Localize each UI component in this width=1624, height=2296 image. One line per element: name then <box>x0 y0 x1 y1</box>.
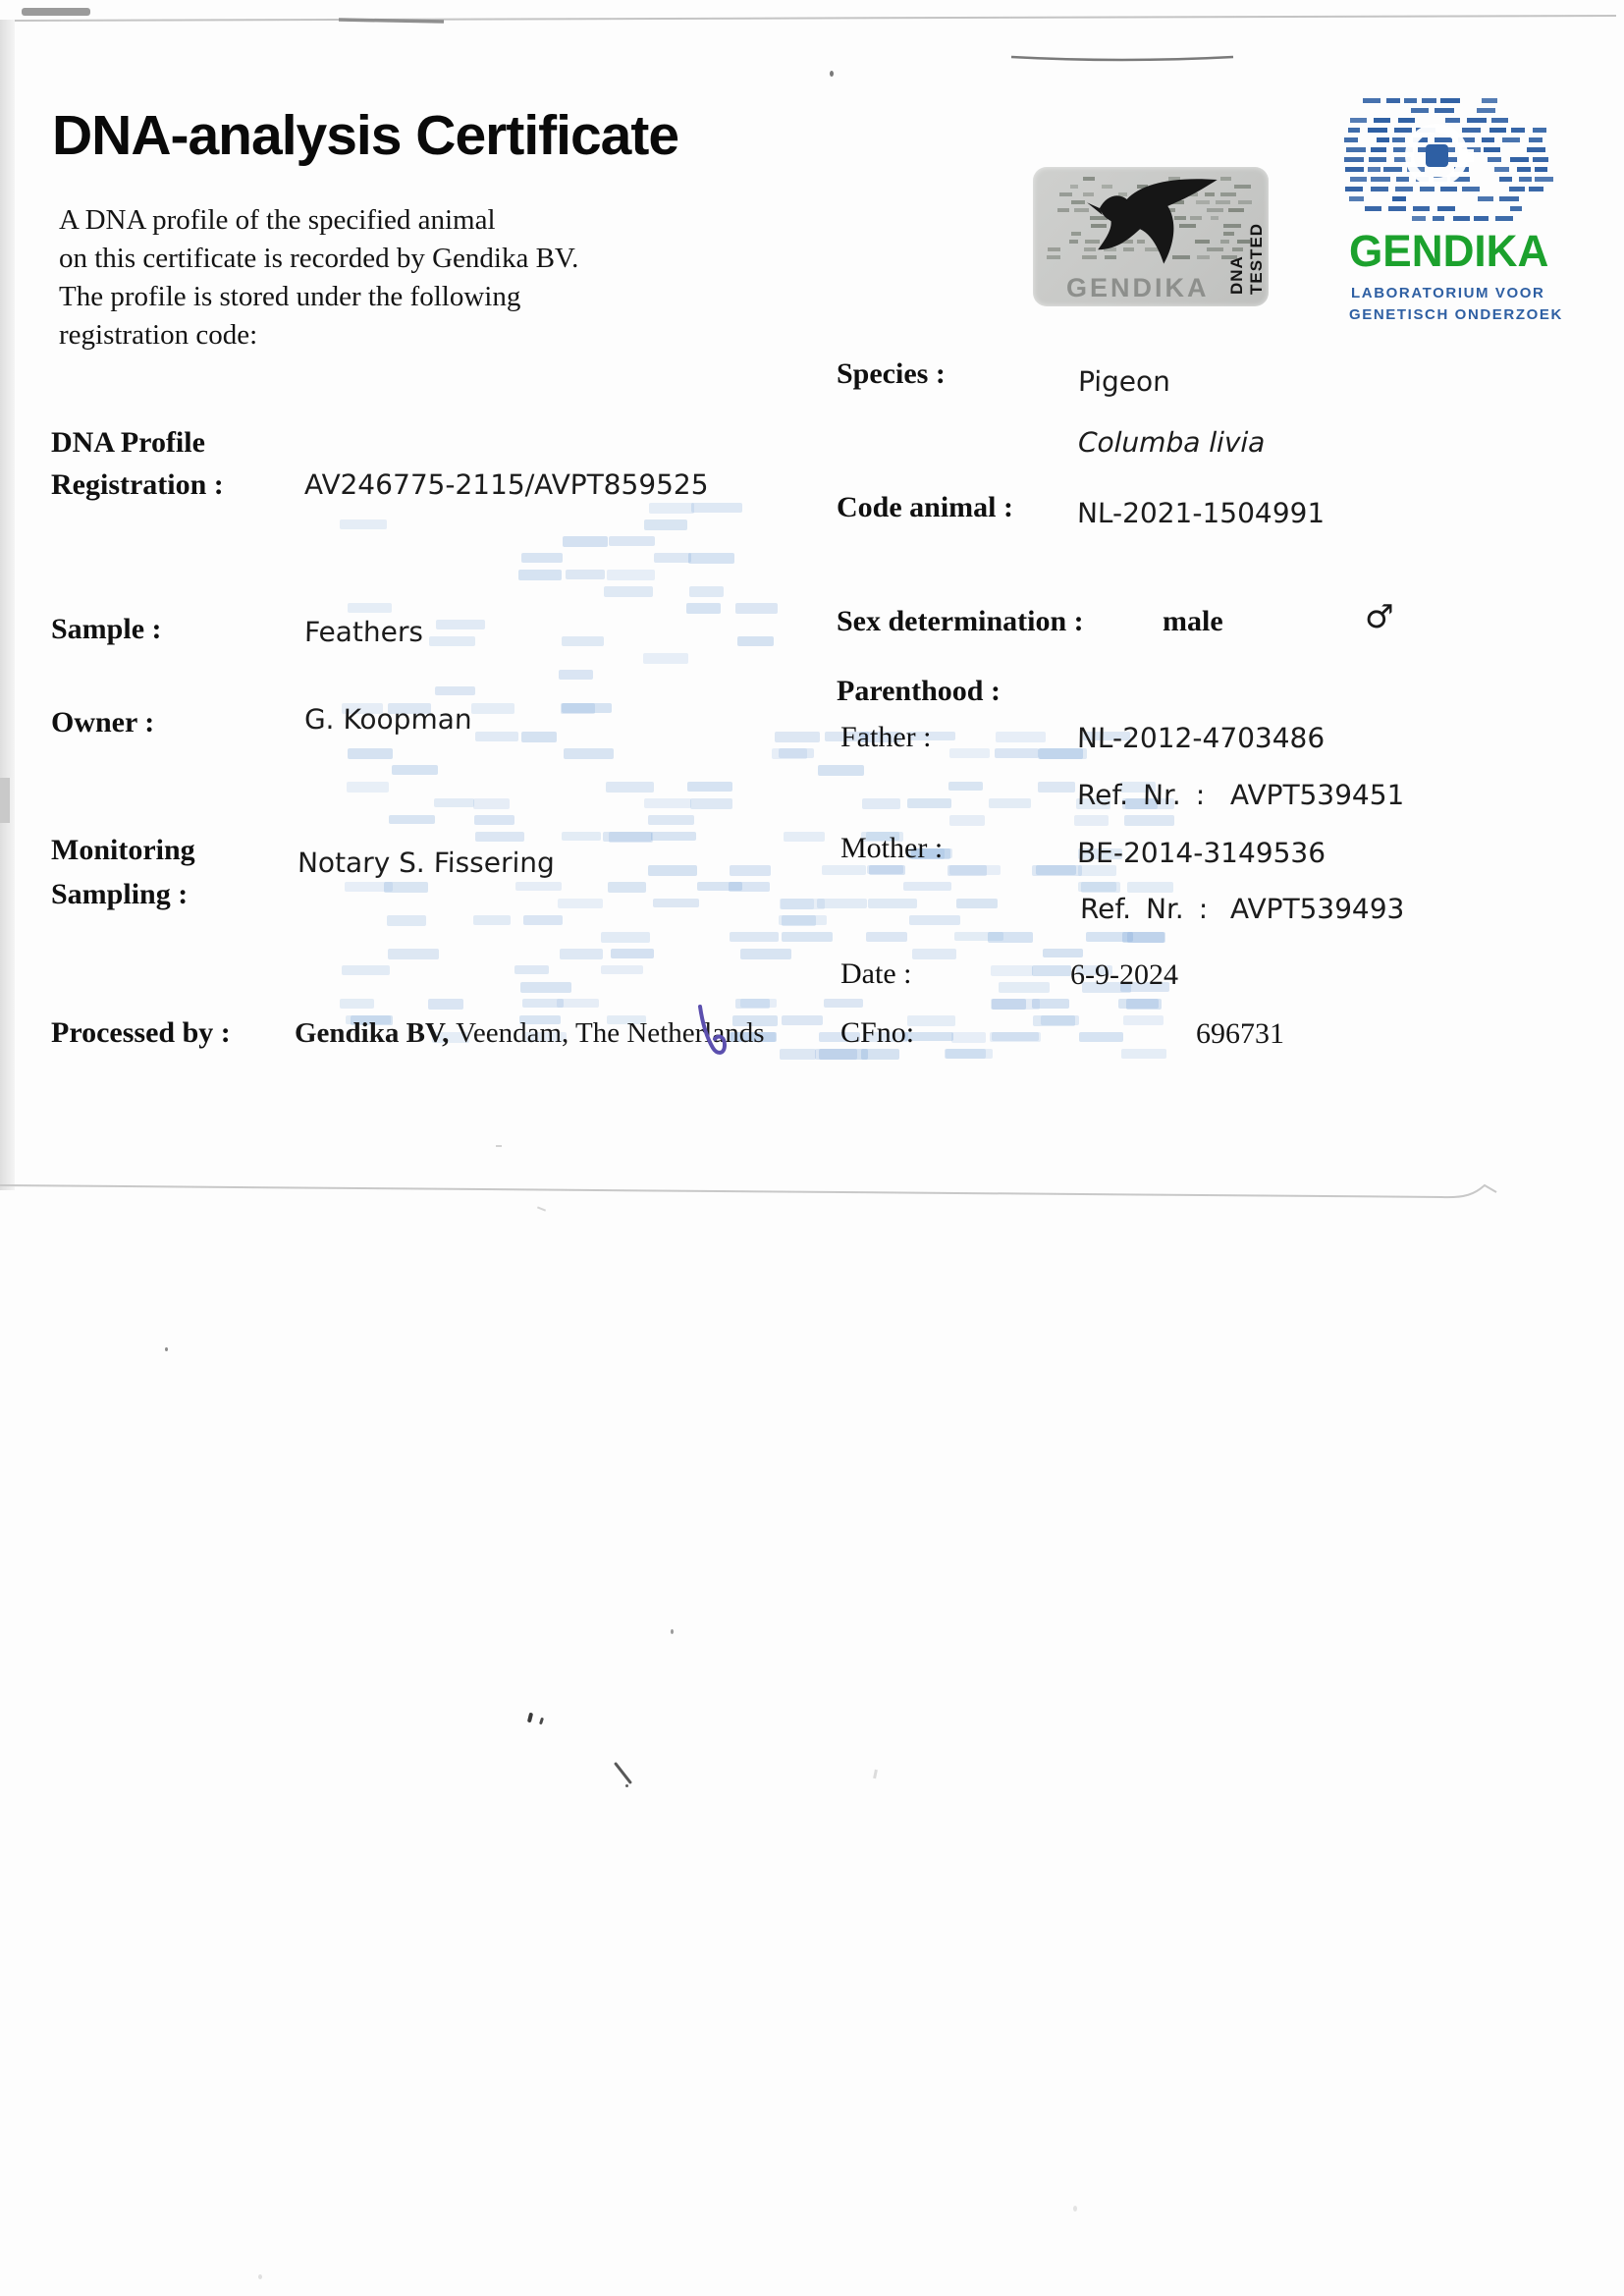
watermark-band <box>861 1049 899 1060</box>
gel-pixel <box>1350 177 1367 182</box>
gel-pixel <box>1462 128 1481 133</box>
watermark-band <box>779 915 827 925</box>
gel-pixel <box>1420 187 1435 191</box>
gel-pixel <box>1453 216 1470 221</box>
watermark-band <box>564 748 614 759</box>
watermark-band <box>784 832 825 842</box>
watermark-band <box>1041 1015 1079 1025</box>
watermark-band <box>1032 965 1071 976</box>
watermark-band <box>1124 815 1174 826</box>
sticker-barcode-dash <box>1048 247 1060 251</box>
watermark-band <box>1086 932 1133 942</box>
watermark-band <box>690 798 732 809</box>
watermark-band <box>772 748 807 759</box>
sex-determination-label: Sex determination : <box>837 605 1084 638</box>
father-ref-value: AVPT539451 <box>1230 779 1405 811</box>
logo-ring-notch <box>1459 149 1474 162</box>
watermark-band <box>1118 999 1159 1009</box>
page-title: DNA-analysis Certificate <box>52 103 678 168</box>
gel-pixel <box>1422 98 1436 103</box>
watermark-band <box>1038 782 1075 793</box>
scan-speck <box>258 2274 262 2279</box>
sticker-dna-tested-text: DNA TESTED <box>1227 181 1267 295</box>
logo-brand-text: GENDIKA <box>1349 226 1538 277</box>
gel-pixel <box>1412 216 1426 221</box>
gel-pixel <box>1365 206 1381 211</box>
species-latin-value: Columba livia <box>1078 426 1266 459</box>
watermark-band <box>815 1049 857 1060</box>
logo-subtitle-line2: GENETISCH ONDERZOEK <box>1349 306 1563 323</box>
gel-pixel <box>1433 216 1444 221</box>
watermark-band <box>340 999 374 1009</box>
gel-pixel <box>1435 108 1454 113</box>
watermark-band <box>1079 1032 1123 1042</box>
pigeon-icon <box>1063 167 1241 290</box>
scan-speck <box>625 1784 628 1787</box>
watermark-band <box>907 798 951 808</box>
watermark-band <box>609 536 655 546</box>
species-value: Pigeon <box>1078 365 1171 398</box>
watermark-band <box>951 1032 986 1043</box>
logo-center-dot <box>1426 144 1448 167</box>
watermark-band <box>1122 932 1164 943</box>
watermark-band <box>862 798 900 809</box>
watermark-band <box>989 798 1031 808</box>
watermark-band <box>1123 1015 1164 1025</box>
gel-pixel <box>1386 98 1400 103</box>
gel-pixel <box>1396 177 1409 182</box>
watermark-band <box>348 603 392 613</box>
code-animal-value: NL-2021-1504991 <box>1077 497 1326 529</box>
gendika-logo <box>1348 98 1537 226</box>
watermark-band <box>557 999 599 1008</box>
gel-pixel <box>1477 108 1495 113</box>
gel-pixel <box>1394 128 1412 133</box>
gel-pixel <box>1346 147 1366 152</box>
watermark-band <box>735 603 778 614</box>
gel-pixel <box>1482 137 1494 142</box>
gel-pixel <box>1535 167 1547 172</box>
watermark-band <box>949 815 985 826</box>
gel-pixel <box>1350 118 1367 123</box>
scan-speck <box>527 1713 533 1723</box>
gel-pixel <box>1491 118 1508 123</box>
watermark-band <box>688 553 734 564</box>
watermark-band <box>991 965 1033 976</box>
gel-pixel <box>1474 216 1489 221</box>
gel-pixel <box>1404 98 1417 103</box>
watermark-band <box>689 586 724 597</box>
scan-left-notch <box>0 778 10 823</box>
watermark-band <box>434 798 474 807</box>
father-label: Father : <box>840 721 931 754</box>
gel-pixel <box>1499 177 1512 182</box>
watermark-band <box>740 999 777 1008</box>
watermark-band <box>782 932 833 942</box>
gel-pixel <box>1488 157 1501 162</box>
gel-pixel <box>1517 167 1531 172</box>
gel-pixel <box>1395 187 1413 191</box>
watermark-band <box>514 965 549 974</box>
watermark-band <box>347 782 389 793</box>
watermark-band <box>949 748 990 758</box>
watermark-band <box>473 915 511 925</box>
gel-pixel <box>1484 147 1500 152</box>
male-symbol-icon: ♂ <box>1365 597 1394 635</box>
watermark-band <box>429 636 475 646</box>
watermark-band <box>729 882 770 892</box>
gel-pixel <box>1368 128 1387 133</box>
parenthood-label: Parenthood : <box>837 675 1001 708</box>
watermark-band <box>558 899 603 908</box>
watermark-band <box>947 865 987 876</box>
monitoring-value: Notary S. Fissering <box>298 847 555 879</box>
watermark-band <box>1126 999 1162 1010</box>
watermark-band <box>342 965 390 975</box>
watermark-band <box>340 519 387 529</box>
watermark-band <box>824 999 863 1008</box>
scan-speck <box>496 1145 502 1147</box>
watermark-band <box>607 570 655 580</box>
monitoring-label-line1: Monitoring <box>51 834 195 867</box>
watermark-band <box>686 603 721 614</box>
watermark-band <box>1032 865 1082 876</box>
gel-pixel <box>1489 128 1506 133</box>
cfno-value: 696731 <box>1196 1017 1284 1051</box>
watermark-band <box>651 832 696 841</box>
watermark-band <box>907 1015 955 1026</box>
watermark-band <box>561 703 595 714</box>
gel-pixel <box>1499 196 1519 201</box>
gel-pixel <box>1502 137 1520 142</box>
sample-value: Feathers <box>304 616 424 648</box>
gel-pixel <box>1413 206 1430 211</box>
scan-speck <box>873 1770 878 1778</box>
watermark-band <box>687 782 732 792</box>
intro-line: on this certificate is recorded by Gendi… <box>59 240 578 278</box>
watermark-band <box>735 999 770 1009</box>
watermark-band <box>1036 865 1076 875</box>
watermark-band <box>471 703 514 714</box>
intro-paragraph: A DNA profile of the specified animal on… <box>59 201 578 355</box>
dna-profile-label-line2: Registration : <box>51 468 224 502</box>
scan-speck <box>1073 2206 1077 2212</box>
gel-pixel <box>1349 196 1364 201</box>
watermark-band <box>781 899 825 909</box>
gel-pixel <box>1363 98 1380 103</box>
scan-paper-bottom-edge <box>0 1176 1624 1210</box>
mother-value: BE-2014-3149536 <box>1077 837 1326 869</box>
gel-pixel <box>1383 167 1402 172</box>
date-value: 6-9-2024 <box>1070 958 1178 992</box>
watermark-band <box>1081 882 1120 893</box>
watermark-band <box>780 1049 816 1060</box>
watermark-band <box>775 732 820 742</box>
watermark-band <box>520 982 571 993</box>
watermark-band <box>782 1015 823 1025</box>
watermark-band <box>991 999 1040 1010</box>
watermark-band <box>740 949 791 959</box>
watermark-band <box>435 686 475 695</box>
watermark-band <box>866 932 907 942</box>
gel-pixel <box>1388 206 1406 211</box>
processed-by-label: Processed by : <box>51 1016 231 1050</box>
sticker-brand-text: GENDIKA <box>1066 273 1210 303</box>
watermark-band <box>562 636 604 646</box>
gel-pixel <box>1377 137 1389 142</box>
scan-speck <box>539 1718 544 1725</box>
gel-pixel <box>1511 128 1525 133</box>
watermark-band <box>999 982 1050 993</box>
cfno-label: CFno: <box>840 1016 914 1050</box>
gel-pixel <box>1344 137 1358 142</box>
watermark-band <box>523 915 563 925</box>
gel-pixel <box>1467 118 1487 123</box>
gel-pixel <box>1368 167 1380 172</box>
logo-subtitle-line1: LABORATORIUM VOOR <box>1351 285 1544 301</box>
watermark-band <box>566 570 605 579</box>
gel-pixel <box>1374 118 1390 123</box>
watermark-band <box>988 932 1033 943</box>
father-ref-label: Ref. Nr. : <box>1077 779 1206 811</box>
gel-pixel <box>1527 147 1545 152</box>
watermark-band <box>474 815 514 825</box>
scan-left-edge <box>0 20 15 1190</box>
mother-ref-label: Ref. Nr. : <box>1080 893 1209 925</box>
watermark-band <box>643 653 688 664</box>
watermark-band <box>559 670 593 680</box>
watermark-band <box>1033 1015 1075 1026</box>
watermark-band <box>945 1049 986 1059</box>
watermark-band <box>348 748 393 759</box>
gel-pixel <box>1348 128 1360 133</box>
watermark-band <box>909 915 960 925</box>
gel-pixel <box>1445 118 1460 123</box>
gel-pixel <box>1478 196 1493 201</box>
watermark-band <box>822 865 866 875</box>
watermark-band <box>780 899 814 909</box>
mother-ref-value: AVPT539493 <box>1230 893 1405 925</box>
gel-pixel <box>1345 167 1364 172</box>
gel-pixel <box>1509 187 1525 191</box>
watermark-band <box>389 815 435 824</box>
watermark-band <box>473 798 510 809</box>
intro-line: registration code: <box>59 316 578 355</box>
gel-pixel <box>1392 196 1406 201</box>
gel-pixel <box>1495 216 1513 221</box>
watermark-band <box>737 636 774 646</box>
watermark-band <box>817 899 867 908</box>
watermark-band <box>560 949 603 959</box>
code-animal-label: Code animal : <box>837 491 1013 524</box>
gel-pixel <box>1533 128 1546 133</box>
watermark-band <box>1121 1049 1166 1059</box>
species-label: Species : <box>837 357 946 391</box>
watermark-band <box>992 999 1026 1010</box>
scan-speck <box>671 1629 674 1634</box>
gel-pixel <box>1371 187 1388 191</box>
owner-label: Owner : <box>51 706 154 739</box>
gel-pixel <box>1510 157 1529 162</box>
gel-pixel <box>1371 177 1390 182</box>
watermark-band <box>697 882 742 891</box>
watermark-band <box>653 899 699 907</box>
gel-pixel <box>1371 147 1386 152</box>
watermark-band <box>563 536 608 547</box>
watermark-band <box>730 932 779 942</box>
watermark-band <box>996 732 1046 742</box>
watermark-band <box>948 782 983 791</box>
watermark-band <box>608 882 646 893</box>
watermark-band <box>436 620 485 629</box>
watermark-band <box>562 703 612 713</box>
gel-pixel <box>1345 187 1363 191</box>
scan-speck <box>614 1762 632 1784</box>
watermark-band <box>903 882 951 891</box>
watermark-band <box>946 1049 993 1059</box>
watermark-band <box>644 519 687 530</box>
gel-pixel <box>1437 206 1455 211</box>
watermark-band <box>521 553 563 563</box>
watermark-band <box>521 732 557 742</box>
watermark-band <box>992 1032 1039 1041</box>
watermark-band <box>691 503 742 513</box>
watermark-band <box>475 832 524 842</box>
father-value: NL-2012-4703486 <box>1077 722 1326 754</box>
watermark-band <box>611 949 654 958</box>
watermark-band <box>609 832 653 843</box>
gel-pixel <box>1510 206 1522 211</box>
gel-pixel <box>1494 167 1509 172</box>
watermark-band <box>648 815 694 825</box>
gel-pixel <box>1392 137 1405 142</box>
watermark-band <box>518 570 562 580</box>
gel-pixel <box>1529 137 1543 142</box>
watermark-band <box>515 882 562 891</box>
watermark-band <box>956 899 998 908</box>
watermark-band <box>345 882 393 892</box>
watermark-band <box>818 765 864 776</box>
gel-pixel <box>1369 157 1386 162</box>
scan-speck <box>830 71 834 77</box>
certificate-scan: DNA-analysis Certificate A DNA profile o… <box>0 0 1624 2296</box>
watermark-band <box>606 782 654 793</box>
gel-pixel <box>1411 108 1429 113</box>
watermark-band <box>1074 815 1109 826</box>
gel-pixel <box>1440 98 1460 103</box>
watermark-band <box>648 865 697 876</box>
watermark-band <box>1127 882 1173 893</box>
watermark-band <box>995 748 1039 758</box>
gel-pixel <box>1482 98 1497 103</box>
watermark-band <box>1078 882 1116 892</box>
watermark-band <box>604 586 653 597</box>
dna-profile-value: AV246775-2115/AVPT859525 <box>304 468 709 501</box>
watermark-band <box>562 832 601 841</box>
watermark-band <box>428 999 463 1010</box>
watermark-band <box>384 882 428 893</box>
watermark-band <box>949 865 1001 875</box>
monitoring-label-line2: Sampling : <box>51 878 188 911</box>
gel-pixel <box>1533 157 1548 162</box>
watermark-band <box>867 865 903 874</box>
watermark-band <box>782 915 816 926</box>
watermark-band <box>522 999 564 1008</box>
gel-pixel <box>1440 187 1457 191</box>
watermark-band <box>779 748 814 758</box>
gel-pixel <box>1462 187 1480 191</box>
watermark-band <box>644 798 691 808</box>
watermark-band <box>654 553 691 563</box>
watermark-band <box>868 899 917 908</box>
gel-pixel <box>1529 187 1543 191</box>
watermark-band <box>601 932 650 943</box>
intro-line: A DNA profile of the specified animal <box>59 201 578 240</box>
gel-pixel <box>1344 157 1364 162</box>
processed-by-company: Gendika BV, <box>295 1017 449 1049</box>
watermark-band <box>730 865 771 876</box>
watermark-band <box>388 949 439 959</box>
watermark-band <box>1127 932 1165 943</box>
sex-value: male <box>1163 605 1223 638</box>
watermark-band <box>603 832 652 842</box>
gel-pixel <box>1519 177 1532 182</box>
watermark-band <box>869 865 905 875</box>
watermark-band <box>912 949 956 959</box>
dna-profile-label-line1: DNA Profile <box>51 426 205 460</box>
pen-mark <box>693 1004 734 1065</box>
date-label: Date : <box>840 957 911 991</box>
watermark-band <box>387 915 426 926</box>
intro-line: The profile is stored under the followin… <box>59 278 578 316</box>
hologram-sticker: GENDIKA DNA TESTED <box>1033 167 1269 306</box>
watermark-band <box>475 732 518 741</box>
sticker-barcode-dash <box>1047 255 1060 259</box>
sample-label: Sample : <box>51 613 162 646</box>
watermark-band <box>1043 949 1083 957</box>
watermark-band <box>392 765 438 775</box>
mother-label: Mother : <box>840 832 943 865</box>
watermark-band <box>819 1049 868 1060</box>
scan-top-edge <box>0 0 1624 79</box>
gel-pixel <box>1398 118 1415 123</box>
watermark-band <box>601 965 643 974</box>
watermark-band <box>990 1032 1041 1042</box>
watermark-band <box>1032 999 1069 1009</box>
gel-pixel <box>1535 177 1553 182</box>
owner-value: G. Koopman <box>304 703 472 736</box>
watermark-band <box>954 932 1003 941</box>
watermark-band <box>649 503 694 514</box>
scan-speck <box>165 1347 168 1351</box>
